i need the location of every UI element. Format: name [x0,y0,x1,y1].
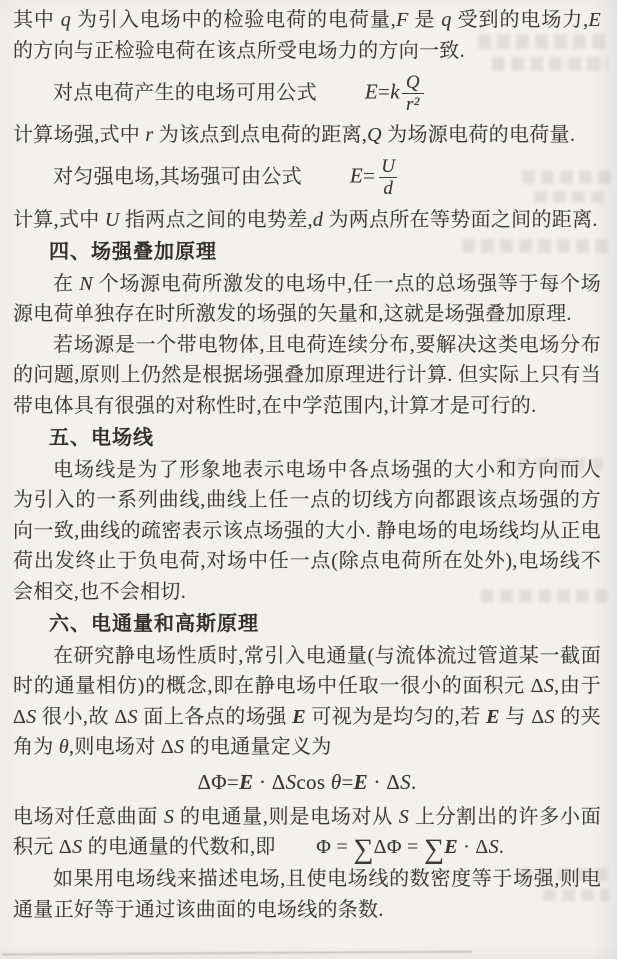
paragraph-flux-intro: 在研究静电场性质时,常引入电通量(与流体流过管道某一截面时的通量相仿)的概念,即… [13,641,601,763]
formula-row-point-charge: 对点电荷产生的电场可用公式 E=kQr² [13,67,601,119]
heading-flux-gauss: 六、电通量和高斯原理 [13,609,601,640]
point-charge-field-formula: E=kQr² [365,72,426,115]
paragraph-field-definition: 其中 q 为引入电场中的检验电荷的电荷量,F 是 q 受到的电场力,E 的方向与… [13,5,601,66]
fraction: Qr² [402,72,424,115]
flux-definition-formula: ΔΦ=E · ΔScos θ=E · ΔS. [13,766,601,798]
paragraph-superposition-1: 在 N 个场源电荷所激发的电场中,任一点的总场强等于每个场源电荷单独存在时所激发… [13,269,601,330]
paragraph-point-charge-note: 计算场强,式中 r 为该点到点电荷的距离,Q 为场源电荷的电荷量. [13,120,601,151]
heading-superposition-principle: 四、场强叠加原理 [13,237,601,268]
page-text-content: 其中 q 为引入电场中的检验电荷的电荷量,F 是 q 受到的电场力,E 的方向与… [13,5,601,925]
paragraph-field-lines: 电场线是为了形象地表示电场中各点场强的大小和方向而人为引入的一系列曲线,曲线上任… [13,455,601,608]
scan-edge-artifact [2,951,472,956]
paragraph-flux-sum: 电场对任意曲面 S 的电通量,则是电场对从 S 上分割出的许多小面积元 ΔS 的… [13,802,601,865]
heading-field-lines: 五、电场线 [13,423,601,454]
paragraph-uniform-field-note: 计算,式中 U 指两点之间的电势差,d 为两点所在等势面之间的距离. [13,205,601,236]
paragraph-flux-field-lines: 如果用电场线来描述电场,且使电场线的数密度等于场强,则电通量正好等于通过该曲面的… [13,864,601,925]
fraction: Ud [377,156,399,199]
formula-row-uniform-field: 对匀强电场,其场强可由公式 E=Ud [13,152,601,204]
paragraph-superposition-2: 若场源是一个带电物体,且电荷连续分布,要解决这类电场分布的问题,原则上仍然是根据… [13,330,601,422]
scanned-textbook-page: 其中 q 为引入电场中的检验电荷的电荷量,F 是 q 受到的电场力,E 的方向与… [0,0,617,959]
uniform-field-lead-text: 对匀强电场,其场强可由公式 [13,162,302,193]
uniform-field-formula: E=Ud [350,156,401,199]
point-charge-lead-text: 对点电荷产生的电场可用公式 [13,78,317,109]
